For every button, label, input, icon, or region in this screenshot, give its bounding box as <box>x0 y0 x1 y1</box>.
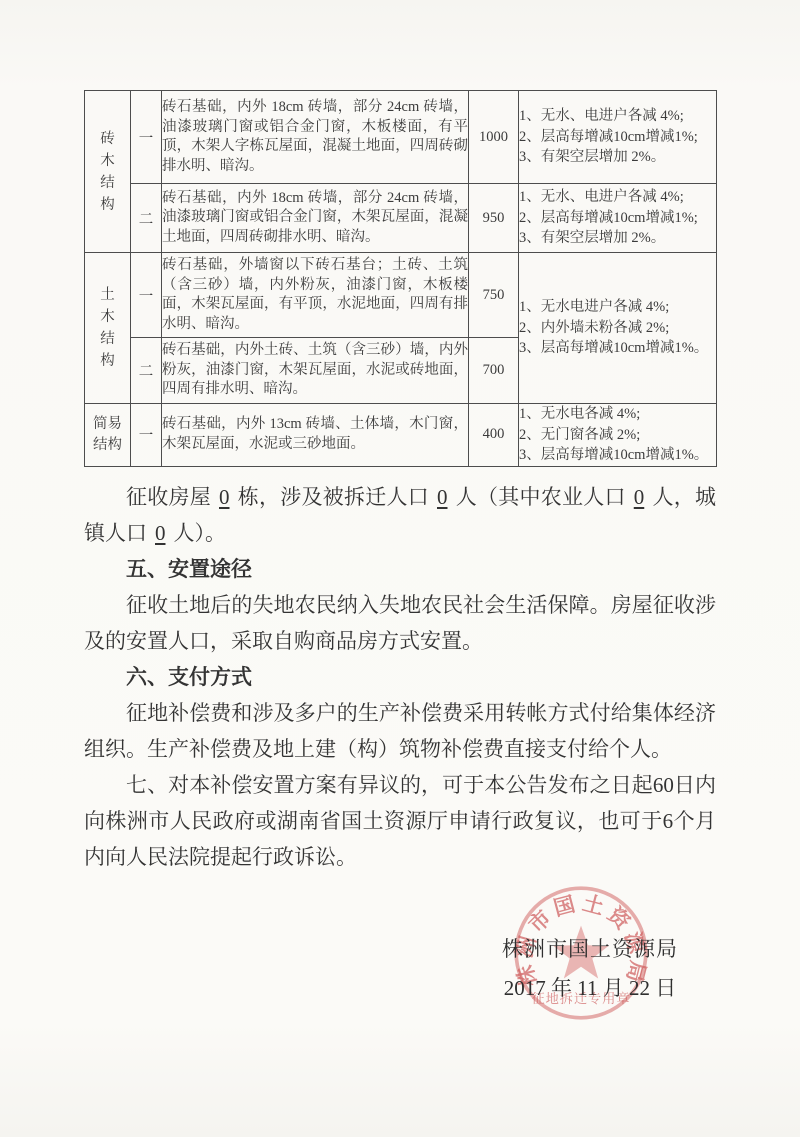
stats-text: 人（其中农业人口 <box>456 485 626 509</box>
notes-cell: 1、无水电各减 4%; 2、无门窗各减 2%; 3、层高每增减10cm增减1%。 <box>519 404 717 467</box>
blank-value: 0 <box>429 485 456 509</box>
notes-cell: 1、无水、电进户各减 4%; 2、层高每增减10cm增减1%; 3、有架空层增加… <box>519 184 717 253</box>
section-body-resettlement: 征收土地后的失地农民纳入失地农民社会生活保障。房屋征收涉及的安置人口，采取自购商… <box>84 587 716 659</box>
description-cell: 砖石基础，内外 18cm 砖墙，部分 24cm 砖墙，油漆玻璃门窗或铝合金门窗，… <box>162 184 469 253</box>
blank-value: 0 <box>211 485 238 509</box>
value-cell: 750 <box>469 253 519 338</box>
signature-date: 2017 年 11 月 22 日 <box>468 972 712 1002</box>
blank-value: 0 <box>626 485 653 509</box>
grade-cell: 一 <box>131 253 162 338</box>
document-content: 砖木结构 一 砖石基础，内外 18cm 砖墙，部分 24cm 砖墙，油漆玻璃门窗… <box>84 90 716 875</box>
document-page: 砖木结构 一 砖石基础，内外 18cm 砖墙，部分 24cm 砖墙，油漆玻璃门窗… <box>0 0 800 1137</box>
value-cell: 1000 <box>469 91 519 184</box>
description-cell: 砖石基础，外墙窗以下砖石基台；土砖、土筑（含三砂）墙，内外粉灰，油漆门窗，木板楼… <box>162 253 469 338</box>
description-cell: 砖石基础，内外 18cm 砖墙，部分 24cm 砖墙，油漆玻璃门窗或铝合金门窗，… <box>162 91 469 184</box>
category-cell: 砖木结构 <box>85 91 131 253</box>
category-label: 土木结构 <box>99 284 116 372</box>
category-cell: 土木结构 <box>85 253 131 404</box>
stats-text: 人）。 <box>174 521 227 545</box>
section-body-payment: 征地补偿费和涉及多户的生产补偿费采用转帐方式付给集体经济组织。生产补偿费及地上建… <box>84 695 716 767</box>
category-label: 简易结构 <box>91 414 125 456</box>
table-row: 简易结构 一 砖石基础，内外 13cm 砖墙、土体墙，木门窗，木架瓦屋面，水泥或… <box>85 404 717 467</box>
document-body: 征收房屋0栋，涉及被拆迁人口0人（其中农业人口0人，城镇人口0人）。 五、安置途… <box>84 479 716 875</box>
value-cell: 700 <box>469 338 519 404</box>
value-cell: 950 <box>469 184 519 253</box>
category-cell: 简易结构 <box>85 404 131 467</box>
stats-text: 栋，涉及被拆迁人口 <box>238 485 430 509</box>
section-heading-resettlement: 五、安置途径 <box>84 551 716 587</box>
category-label: 砖木结构 <box>99 128 116 216</box>
stats-text: 征收房屋 <box>126 485 211 509</box>
compensation-standards-table: 砖木结构 一 砖石基础，内外 18cm 砖墙，部分 24cm 砖墙，油漆玻璃门窗… <box>84 90 717 467</box>
description-cell: 砖石基础，内外 13cm 砖墙、土体墙，木门窗，木架瓦屋面，水泥或三砂地面。 <box>162 404 469 467</box>
value-cell: 400 <box>469 404 519 467</box>
agency-signature: 株洲市国土资源局 <box>468 933 712 963</box>
section-body-objection: 七、对本补偿安置方案有异议的，可于本公告发布之日起60日内向株洲市人民政府或湖南… <box>84 767 716 875</box>
grade-cell: 一 <box>131 91 162 184</box>
table-row: 二 砖石基础，内外 18cm 砖墙，部分 24cm 砖墙，油漆玻璃门窗或铝合金门… <box>85 184 717 253</box>
notes-cell: 1、无水电进户各减 4%; 2、内外墙未粉各减 2%; 3、层高每增减10cm增… <box>519 253 717 404</box>
table-row: 土木结构 一 砖石基础，外墙窗以下砖石基台；土砖、土筑（含三砂）墙，内外粉灰，油… <box>85 253 717 338</box>
grade-cell: 二 <box>131 338 162 404</box>
grade-cell: 二 <box>131 184 162 253</box>
grade-cell: 一 <box>131 404 162 467</box>
demolition-stats-paragraph: 征收房屋0栋，涉及被拆迁人口0人（其中农业人口0人，城镇人口0人）。 <box>84 479 716 551</box>
notes-cell: 1、无水、电进户各减 4%; 2、层高每增减10cm增减1%; 3、有架空层增加… <box>519 91 717 184</box>
section-heading-payment: 六、支付方式 <box>84 659 716 695</box>
blank-value: 0 <box>147 521 174 545</box>
description-cell: 砖石基础，内外土砖、土筑（含三砂）墙，内外粉灰，油漆门窗，木架瓦屋面，水泥或砖地… <box>162 338 469 404</box>
table-row: 砖木结构 一 砖石基础，内外 18cm 砖墙，部分 24cm 砖墙，油漆玻璃门窗… <box>85 91 717 184</box>
